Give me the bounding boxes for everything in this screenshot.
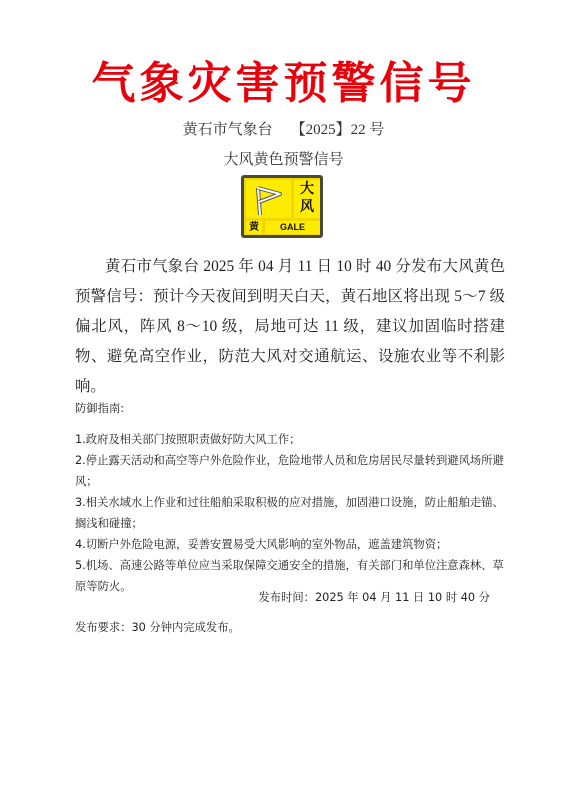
signal-name: 大风黄色预警信号 [0,148,567,169]
guide-item: 1.政府及相关部门按照职责做好防大风工作； [75,429,515,450]
warning-badge: 大 风 黄 GALE [241,175,323,238]
badge-english: GALE [265,221,320,234]
serial-line: 黄石市气象台【2025】22 号 [0,118,567,139]
defense-guide: 防御指南: 1.政府及相关部门按照职责做好防大风工作； 2.停止露天活动和高空等… [75,402,515,597]
badge-chars: 大 风 [294,180,320,218]
issuer: 黄石市气象台 [183,122,273,138]
guide-item: 2.停止露天活动和高空等户外危险作业，危险地带人员和危房居民尽量转到避风场所避风… [75,450,515,492]
publish-time: 发布时间：2025 年 04 月 11 日 10 时 40 分 [258,589,490,605]
serial-number: 【2025】22 号 [291,122,385,138]
flag-icon [246,180,291,218]
publish-requirement: 发布要求：30 分钟内完成发布。 [75,619,240,635]
guide-heading: 防御指南: [75,402,515,416]
badge-level: 黄 [246,221,262,234]
guide-item: 3.相关水域水上作业和过往船舶采取积极的应对措施，加固港口设施，防止船舶走锚、搁… [75,492,515,534]
warning-body: 黄石市气象台 2025 年 04 月 11 日 10 时 40 分发布大风黄色预… [75,252,505,402]
document-title: 气象灾害预警信号 [0,54,567,114]
guide-item: 4.切断户外危险电源，妥善安置易受大风影响的室外物品，遮盖建筑物资； [75,534,515,555]
